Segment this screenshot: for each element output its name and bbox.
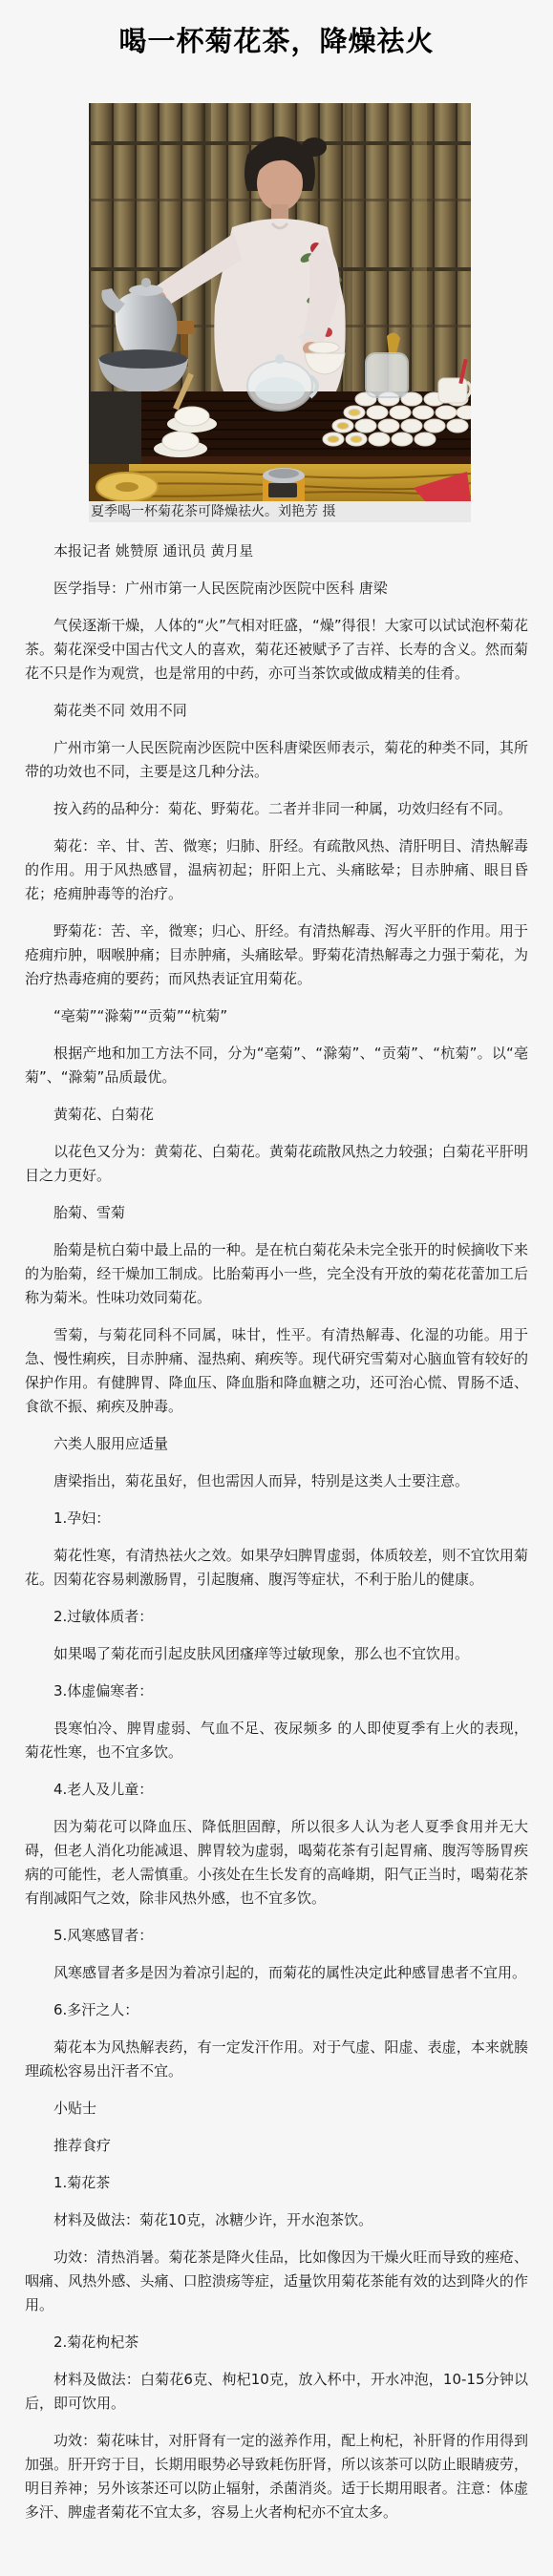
paragraph: 功效：菊花味甘，对肝肾有一定的滋养作用，配上枸杞，补肝肾的作用得到加强。肝开窍于… (25, 2429, 528, 2524)
section-heading: “亳菊”“滁菊”“贡菊”“杭菊” (25, 1004, 528, 1028)
section-heading: 1.菊花茶 (25, 2171, 528, 2195)
section-heading: 胎菊、雪菊 (25, 1201, 528, 1225)
section-heading: 2.过敏体质者： (25, 1605, 528, 1629)
section-heading: 1.孕妇： (25, 1507, 528, 1531)
paragraph: 按入药的品种分：菊花、野菊花。二者并非同一种属，功效归经有不同。 (25, 797, 528, 821)
paragraph: 功效：清热消暑。菊花茶是降火佳品，比如像因为干燥火旺而导致的痤疮、咽痛、风热外感… (25, 2246, 528, 2317)
paragraph: 广州市第一人民医院南沙医院中医科唐梁医师表示，菊花的种类不同，其所带的功效也不同… (25, 736, 528, 784)
paragraph: 唐梁指出，菊花虽好，但也需因人而异，特别是这类人士要注意。 (25, 1469, 528, 1493)
section-heading: 5.风寒感冒者： (25, 1924, 528, 1948)
paragraph: 气侯逐渐干燥，人体的“火”气相对旺盛，“燥”得很！大家可以试试泡杯菊花茶。菊花深… (25, 614, 528, 686)
section-heading: 小贴士 (25, 2097, 528, 2121)
article-figure: 夏季喝一杯菊花茶可降燥祛火。刘艳芳 摄 (89, 103, 471, 522)
section-heading: 6.多汗之人： (25, 1998, 528, 2022)
paragraph: 菊花性寒，有清热祛火之效。如果孕妇脾胃虚弱，体质较差，则不宜饮用菊花。因菊花容易… (25, 1544, 528, 1592)
paragraph: 胎菊是杭白菊中最上品的一种。是在杭白菊花朵未完全张开的时候摘收下来的为胎菊，经干… (25, 1238, 528, 1310)
paragraph: 如果喝了菊花而引起皮肤风团瘙痒等过敏现象，那么也不宜饮用。 (25, 1642, 528, 1666)
section-heading: 4.老人及儿童： (25, 1778, 528, 1802)
paragraph: 根据产地和加工方法不同，分为“亳菊”、“滁菊”、“贡菊”、“杭菊”。以“亳菊”、… (25, 1042, 528, 1089)
article-title: 喝一杯菊花茶，降燥祛火 (0, 0, 553, 59)
section-heading: 菊花类不同 效用不同 (25, 699, 528, 723)
paragraph: 风寒感冒者多是因为着凉引起的，而菊花的属性决定此种感冒患者不宜用。 (25, 1961, 528, 1985)
article-body: 本报记者 姚赞原 通讯员 黄月星医学指导：广州市第一人民医院南沙医院中医科 唐梁… (0, 532, 553, 2576)
tea-ceremony-photo-illustration (89, 103, 471, 501)
section-heading: 2.菊花枸杞茶 (25, 2331, 528, 2354)
paragraph: 畏寒怕冷、脾胃虚弱、气血不足、夜尿频多 的人即使夏季有上火的表现，菊花性寒，也不… (25, 1717, 528, 1764)
photo-caption: 夏季喝一杯菊花茶可降燥祛火。刘艳芳 摄 (89, 501, 471, 522)
paragraph: 材料及做法：菊花10克，冰糖少许，开水泡茶饮。 (25, 2208, 528, 2232)
byline: 本报记者 姚赞原 通讯员 黄月星 (25, 539, 528, 563)
paragraph: 菊花：辛、甘、苦、微寒；归肺、肝经。有疏散风热、清肝明目、清热解毒的作用。用于风… (25, 834, 528, 906)
tea-ceremony-photo (89, 103, 471, 501)
paragraph: 菊花本为风热解表药，有一定发汗作用。对于气虚、阳虚、表虚，本来就腠理疏松容易出汗… (25, 2036, 528, 2083)
paragraph: 材料及做法：白菊花6克、枸杞10克，放入杯中，开水冲泡，10-15分钟以后，即可… (25, 2368, 528, 2416)
paragraph: 因为菊花可以降血压、降低胆固醇，所以很多人认为老人夏季食用并无大碍，但老人消化功… (25, 1815, 528, 1911)
paragraph: 野菊花：苦、辛，微寒；归心、肝经。有清热解毒、泻火平肝的作用。用于疮痈疖肿，咽喉… (25, 919, 528, 991)
section-heading: 六类人服用应适量 (25, 1432, 528, 1456)
section-heading: 黄菊花、白菊花 (25, 1103, 528, 1127)
section-heading: 3.体虚偏寒者： (25, 1679, 528, 1703)
paragraph: 雪菊，与菊花同科不同属，味甘，性平。有清热解毒、化湿的功能。用于急、慢性痢疾，目… (25, 1323, 528, 1419)
section-heading: 推荐食疗 (25, 2134, 528, 2158)
paragraph: 以花色又分为：黄菊花、白菊花。黄菊花疏散风热之力较强；白菊花平肝明目之力更好。 (25, 1140, 528, 1188)
byline: 医学指导：广州市第一人民医院南沙医院中医科 唐梁 (25, 577, 528, 601)
